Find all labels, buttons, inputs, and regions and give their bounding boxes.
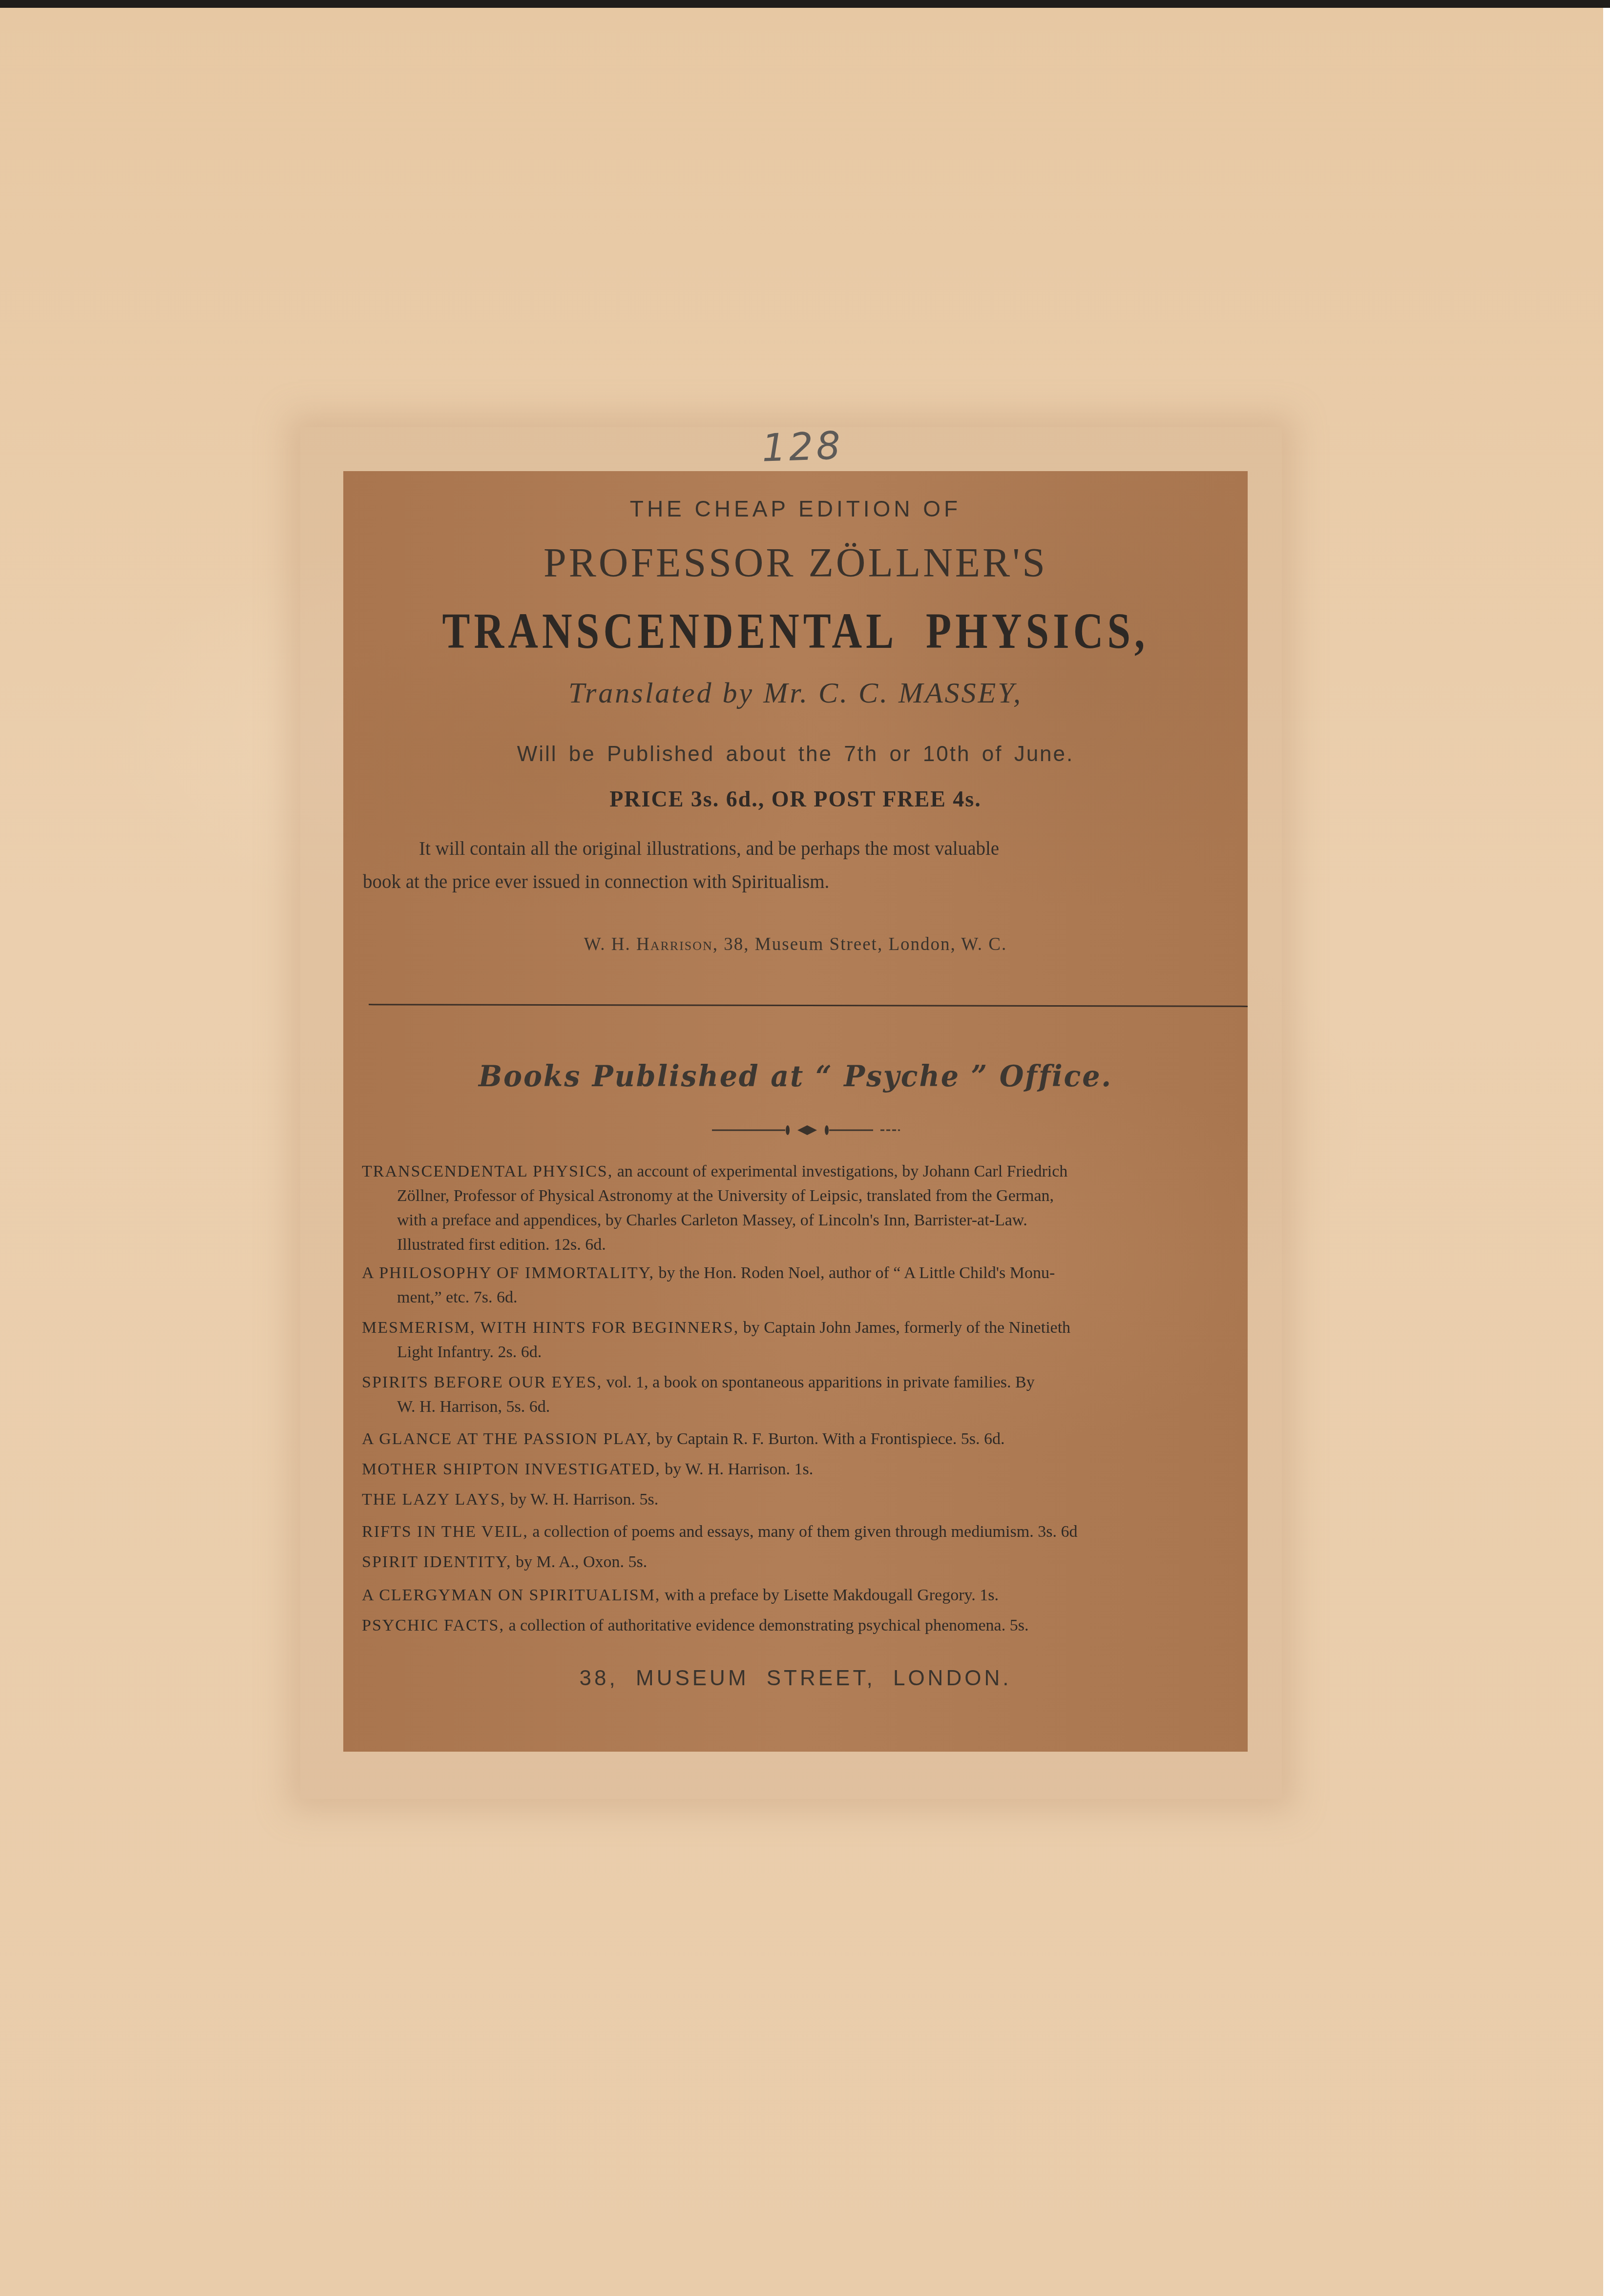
ornament-flourish-icon [712, 1123, 907, 1138]
entry-title: THE LAZY LAYS, [362, 1490, 506, 1509]
catalogue-entry: MESMERISM, WITH HINTS FOR BEGINNERS, by … [362, 1316, 1246, 1365]
catalogue-entry: A GLANCE AT THE PASSION PLAY, by Captain… [362, 1427, 1246, 1451]
entry-description: vol. 1, a book on spontaneous apparition… [602, 1373, 1035, 1391]
advert-translator: Translated by Mr. C. C. MASSEY, [343, 676, 1248, 710]
entry-description: by W. H. Harrison. 1s. [661, 1460, 814, 1478]
mount-page: 128 THE CHEAP EDITION OF PROFESSOR ZÖLLN… [0, 0, 1603, 2296]
publisher-initials: W. H. [584, 934, 636, 954]
section-divider-rule [369, 1004, 1248, 1007]
advert-publication-date: Will be Published about the 7th or 10th … [343, 742, 1248, 766]
entry-description: by the Hon. Roden Noel, author of “ A Li… [654, 1264, 1055, 1282]
entry-description: by W. H. Harrison. 5s. [506, 1490, 659, 1509]
entry-continuation: with a preface and appendices, by Charle… [362, 1208, 1246, 1233]
entry-description: a collection of poems and essays, many o… [528, 1523, 1078, 1541]
entry-title: A PHILOSOPHY OF IMMORTALITY, [362, 1264, 654, 1282]
entry-title: MESMERISM, WITH HINTS FOR BEGINNERS, [362, 1319, 739, 1337]
catalogue-entry: A PHILOSOPHY OF IMMORTALITY, by the Hon.… [362, 1261, 1246, 1310]
entry-description: an account of experimental investigation… [613, 1162, 1067, 1180]
catalogue-entry: A CLERGYMAN ON SPIRITUALISM, with a pref… [362, 1583, 1246, 1608]
catalogue-entry: THE LAZY LAYS, by W. H. Harrison. 5s. [362, 1488, 1246, 1512]
scan-edge-strip [0, 0, 1610, 8]
catalogue-entry: SPIRITS BEFORE OUR EYES, vol. 1, a book … [362, 1370, 1246, 1419]
catalogue-entry: RIFTS IN THE VEIL, a collection of poems… [362, 1520, 1246, 1544]
entry-description: a collection of authoritative evidence d… [504, 1616, 1028, 1634]
entry-title: PSYCHIC FACTS, [362, 1616, 504, 1634]
entry-description: by Captain R. F. Burton. With a Frontisp… [652, 1430, 1004, 1448]
catalogue-entry: MOTHER SHIPTON INVESTIGATED, by W. H. Ha… [362, 1457, 1246, 1482]
entry-title: A GLANCE AT THE PASSION PLAY, [362, 1430, 652, 1448]
advertisement-card: THE CHEAP EDITION OF PROFESSOR ZÖLLNER'S… [343, 471, 1248, 1752]
entry-continuation: ment,” etc. 7s. 6d. [362, 1285, 1246, 1310]
entry-title: TRANSCENDENTAL PHYSICS, [362, 1162, 613, 1180]
handwritten-folio-number: 128 [761, 423, 870, 471]
advert-description-line-1: It will contain all the original illustr… [363, 832, 1256, 866]
entry-continuation: Zöllner, Professor of Physical Astronomy… [362, 1184, 1246, 1208]
entry-title: RIFTS IN THE VEIL, [362, 1523, 528, 1541]
advert-price: PRICE 3s. 6d., OR POST FREE 4s. [343, 786, 1248, 812]
catalogue-entry: PSYCHIC FACTS, a collection of authorita… [362, 1613, 1246, 1638]
entry-description: with a preface by Lisette Makdougall Gre… [660, 1586, 999, 1604]
catalogue-entry: SPIRIT IDENTITY, by M. A., Oxon. 5s. [362, 1550, 1246, 1574]
entry-continuation: Illustrated first edition. 12s. 6d. [362, 1233, 1246, 1257]
entry-title: SPIRITS BEFORE OUR EYES, [362, 1373, 602, 1391]
advert-description-line-2: book at the price ever issued in connect… [363, 866, 1256, 899]
entry-title: MOTHER SHIPTON INVESTIGATED, [362, 1460, 661, 1478]
entry-title: SPIRIT IDENTITY, [362, 1553, 512, 1571]
entry-title: A CLERGYMAN ON SPIRITUALISM, [362, 1586, 660, 1604]
advert-publisher: W. H. Harrison, 38, Museum Street, Londo… [343, 934, 1248, 955]
advert-kicker: THE CHEAP EDITION OF [343, 496, 1248, 522]
catalogue-heading: Books Published at “ Psyche ” Office. [366, 1059, 1225, 1094]
publisher-name: Harrison [636, 934, 713, 954]
entry-description: by M. A., Oxon. 5s. [512, 1553, 648, 1571]
entry-continuation: Light Infantry. 2s. 6d. [362, 1340, 1246, 1365]
catalogue-entry: TRANSCENDENTAL PHYSICS, an account of ex… [362, 1159, 1246, 1257]
advert-description: It will contain all the original illustr… [363, 832, 1256, 899]
catalogue-footer-address: 38, MUSEUM STREET, LONDON. [343, 1666, 1248, 1691]
publisher-address: , 38, Museum Street, London, W. C. [713, 934, 1007, 954]
entry-continuation: W. H. Harrison, 5s. 6d. [362, 1395, 1246, 1419]
advert-author-line: PROFESSOR ZÖLLNER'S [343, 539, 1248, 587]
advert-title: TRANSCENDENTAL PHYSICS, [425, 602, 1167, 660]
entry-description: by Captain John James, formerly of the N… [739, 1319, 1070, 1337]
